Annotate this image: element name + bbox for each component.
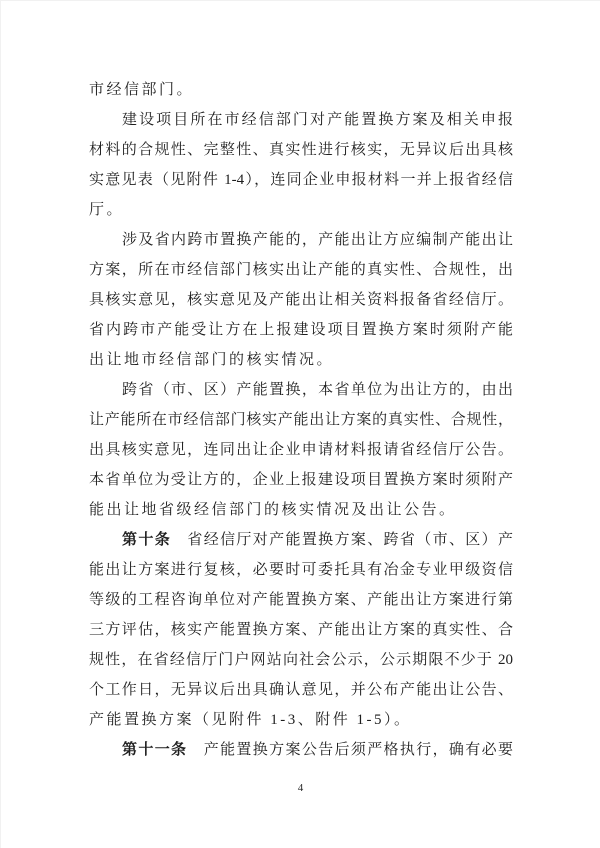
text-segment: 厅。 <box>89 202 124 218</box>
article-number: 第十条 <box>122 532 171 548</box>
text-line: 第十条 省经信厅对产能置换方案、跨省（市、区）产 <box>89 525 513 555</box>
text-segment: 材料的合规性、完整性、真实性进行核实，无异议后出具核 <box>89 142 513 158</box>
text-line: 让产能所在市经信部门核实产能出让方案的真实性、合规性， <box>89 405 513 435</box>
text-segment: 涉及省内跨市置换产能的，产能出让方应编制产能出让 <box>122 232 513 248</box>
document-page: 市经信部门。建设项目所在市经信部门对产能置换方案及相关申报材料的合规性、完整性、… <box>0 0 600 848</box>
text-line: 方案，所在市经信部门核实出让产能的真实性、合规性，出 <box>89 255 513 285</box>
text-line: 能出让方案进行复核，必要时可委托具有冶金专业甲级资信 <box>89 555 513 585</box>
text-segment: 建设项目所在市经信部门对产能置换方案及相关申报 <box>122 112 513 128</box>
text-segment: 让产能所在市经信部门核实产能出让方案的真实性、合规性， <box>89 412 513 428</box>
text-segment: 本省单位为受让方的，企业上报建设项目置换方案时须附产 <box>89 472 513 488</box>
text-segment: 产能置换方案（见附件 1-3、附件 1-5）。 <box>89 712 412 728</box>
text-line: 等级的工程咨询单位对产能置换方案、产能出让方案进行第 <box>89 585 513 615</box>
text-line: 出让地市经信部门的核实情况。 <box>89 345 513 375</box>
text-segment: 三方评估，核实产能置换方案、产能出让方案的真实性、合 <box>89 622 513 638</box>
text-segment: 方案，所在市经信部门核实出让产能的真实性、合规性，出 <box>89 262 513 278</box>
text-line: 实意见表（见附件 1-4），连同企业申报材料一并上报省经信 <box>89 165 513 195</box>
text-line: 第十一条 产能置换方案公告后须严格执行，确有必要 <box>89 735 513 765</box>
text-segment: 能出让地省级经信部门的核实情况及出让公告。 <box>89 502 457 518</box>
text-segment: 市经信部门。 <box>89 82 194 98</box>
text-segment: 能出让方案进行复核，必要时可委托具有冶金专业甲级资信 <box>89 562 513 578</box>
text-segment: 产能置换方案公告后须严格执行，确有必要 <box>187 742 513 758</box>
text-line: 三方评估，核实产能置换方案、产能出让方案的真实性、合 <box>89 615 513 645</box>
page-number: 4 <box>1 782 600 794</box>
text-line: 建设项目所在市经信部门对产能置换方案及相关申报 <box>89 105 513 135</box>
text-segment: 等级的工程咨询单位对产能置换方案、产能出让方案进行第 <box>89 592 513 608</box>
text-segment: 省内跨市产能受让方在上报建设项目置换方案时须附产能 <box>89 322 513 338</box>
text-segment: 省经信厅对产能置换方案、跨省（市、区）产 <box>171 532 513 548</box>
document-body: 市经信部门。建设项目所在市经信部门对产能置换方案及相关申报材料的合规性、完整性、… <box>89 75 513 765</box>
text-line: 涉及省内跨市置换产能的，产能出让方应编制产能出让 <box>89 225 513 255</box>
text-line: 产能置换方案（见附件 1-3、附件 1-5）。 <box>89 705 513 735</box>
text-line: 能出让地省级经信部门的核实情况及出让公告。 <box>89 495 513 525</box>
text-segment: 出具核实意见，连同出让企业申请材料报请省经信厅公告。 <box>89 442 513 458</box>
text-line: 省内跨市产能受让方在上报建设项目置换方案时须附产能 <box>89 315 513 345</box>
article-number: 第十一条 <box>122 742 187 758</box>
text-segment: 规性，在省经信厅门户网站向社会公示，公示期限不少于 20 <box>89 652 513 668</box>
text-line: 市经信部门。 <box>89 75 513 105</box>
text-segment: 具核实意见，核实意见及产能出让相关资料报备省经信厅。 <box>89 292 513 308</box>
text-segment: 跨省（市、区）产能置换，本省单位为出让方的，由出 <box>122 382 513 398</box>
text-line: 厅。 <box>89 195 513 225</box>
text-segment: 个工作日，无异议后出具确认意见，并公布产能出让公告、 <box>89 682 513 698</box>
text-line: 本省单位为受让方的，企业上报建设项目置换方案时须附产 <box>89 465 513 495</box>
text-line: 跨省（市、区）产能置换，本省单位为出让方的，由出 <box>89 375 513 405</box>
text-segment: 实意见表（见附件 1-4），连同企业申报材料一并上报省经信 <box>89 172 513 188</box>
text-line: 个工作日，无异议后出具确认意见，并公布产能出让公告、 <box>89 675 513 705</box>
text-line: 具核实意见，核实意见及产能出让相关资料报备省经信厅。 <box>89 285 513 315</box>
text-line: 出具核实意见，连同出让企业申请材料报请省经信厅公告。 <box>89 435 513 465</box>
text-segment: 出让地市经信部门的核实情况。 <box>89 352 334 368</box>
text-line: 材料的合规性、完整性、真实性进行核实，无异议后出具核 <box>89 135 513 165</box>
text-line: 规性，在省经信厅门户网站向社会公示，公示期限不少于 20 <box>89 645 513 675</box>
